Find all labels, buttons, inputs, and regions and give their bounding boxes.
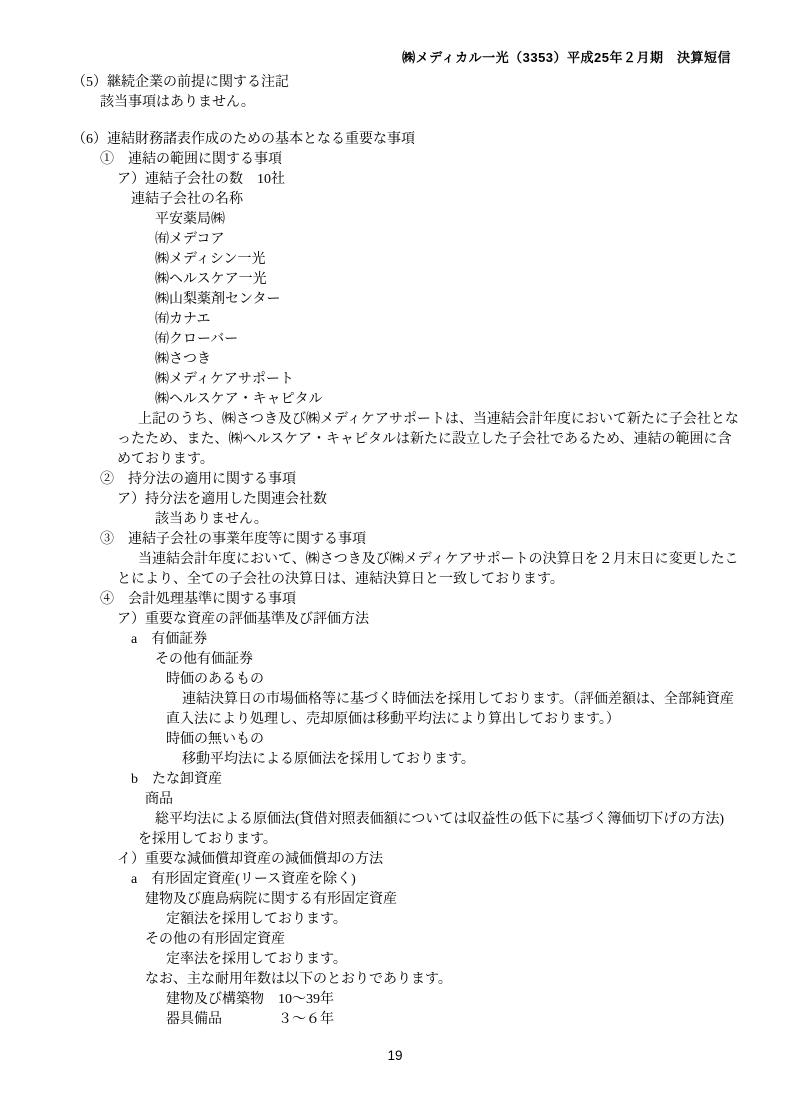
document-page: ㈱メディカル一光（3353）平成25年２月期 決算短信 （5）継続企業の前提に関… bbox=[0, 0, 790, 1118]
doc-line: めております。 bbox=[72, 450, 739, 470]
subsidiary-name: ㈱ヘルスケア一光 bbox=[72, 270, 739, 290]
doc-line: その他有価証券 bbox=[72, 650, 739, 670]
doc-line: 総平均法による原価法(貸借対照表価額については収益性の低下に基づく簿価切下げの方… bbox=[72, 810, 739, 830]
page-number: 19 bbox=[0, 1048, 790, 1063]
doc-line: なお、主な耐用年数は以下のとおりであります。 bbox=[72, 970, 739, 990]
doc-line: 該当事項はありません。 bbox=[72, 93, 739, 113]
subsidiary-name: ㈱メディシン一光 bbox=[72, 250, 739, 270]
doc-line: ア）重要な資産の評価基準及び評価方法 bbox=[72, 610, 739, 630]
subsidiary-name: ㈲カナエ bbox=[72, 310, 739, 330]
doc-line: 直入法により処理し、売却原価は移動平均法により算出しております。） bbox=[72, 710, 739, 730]
item-2-equity-method: ② 持分法の適用に関する事項 bbox=[72, 470, 739, 490]
doc-line: ア）持分法を適用した関連会社数 bbox=[72, 490, 739, 510]
doc-line: イ）重要な減価償却資産の減価償却の方法 bbox=[72, 850, 739, 870]
report-header: ㈱メディカル一光（3353）平成25年２月期 決算短信 bbox=[402, 47, 731, 66]
doc-line: ア）連結子会社の数 10社 bbox=[72, 170, 739, 190]
doc-line: 時価のあるもの bbox=[72, 670, 739, 690]
useful-life-buildings: 建物及び構築物 10～39年 bbox=[72, 990, 739, 1010]
doc-line: を採用しております。 bbox=[72, 830, 739, 850]
section-heading-important-matters: （6）連結財務諸表作成のための基本となる重要な事項 bbox=[72, 130, 739, 150]
doc-line: 建物及び鹿島病院に関する有形固定資産 bbox=[72, 890, 739, 910]
section-heading-going-concern: （5）継続企業の前提に関する注記 bbox=[72, 73, 739, 93]
doc-line: その他の有形固定資産 bbox=[72, 930, 739, 950]
subsidiary-name: ㈲クローバー bbox=[72, 330, 739, 350]
subsidiary-name: ㈱ヘルスケア・キャピタル bbox=[72, 390, 739, 410]
doc-line: 商品 bbox=[72, 790, 739, 810]
item-1-scope-of-consolidation: ① 連結の範囲に関する事項 bbox=[72, 150, 739, 170]
doc-line: 該当ありません。 bbox=[72, 510, 739, 530]
subsidiary-name: ㈱山梨薬剤センター bbox=[72, 290, 739, 310]
doc-line: 定率法を採用しております。 bbox=[72, 950, 739, 970]
doc-line: 当連結会計年度において、㈱さつき及び㈱メディケアサポートの決算日を２月末日に変更… bbox=[72, 550, 739, 570]
doc-line: とにより、全ての子会社の決算日は、連結決算日と一致しております。 bbox=[72, 570, 739, 590]
useful-life-equipment: 器具備品 ３～６年 bbox=[72, 1010, 739, 1030]
subsidiary-name: ㈱メディケアサポート bbox=[72, 370, 739, 390]
doc-line: 連結子会社の名称 bbox=[72, 190, 739, 210]
doc-line: 時価の無いもの bbox=[72, 730, 739, 750]
doc-line: b たな卸資産 bbox=[72, 770, 739, 790]
subsidiary-name: ㈱さつき bbox=[72, 350, 739, 370]
doc-line: a 有形固定資産(リース資産を除く) bbox=[72, 870, 739, 890]
doc-line: 定額法を採用しております。 bbox=[72, 910, 739, 930]
subsidiary-name: 平安薬局㈱ bbox=[72, 210, 739, 230]
item-4-accounting-standards: ④ 会計処理基準に関する事項 bbox=[72, 590, 739, 610]
item-3-fiscal-year: ③ 連結子会社の事業年度等に関する事項 bbox=[72, 530, 739, 550]
doc-line: 連結決算日の市場価格等に基づく時価法を採用しております。（評価差額は、全部純資産 bbox=[72, 690, 739, 710]
doc-line: 移動平均法による原価法を採用しております。 bbox=[72, 750, 739, 770]
doc-line: a 有価証券 bbox=[72, 630, 739, 650]
subsidiary-name: ㈲メデコア bbox=[72, 230, 739, 250]
doc-line: 上記のうち、㈱さつき及び㈱メディケアサポートは、当連結会計年度において新たに子会… bbox=[72, 410, 739, 430]
document-body: （5）継続企業の前提に関する注記 該当事項はありません。 （6）連結財務諸表作成… bbox=[72, 73, 739, 1030]
doc-line: ったため、また、㈱ヘルスケア・キャピタルは新たに設立した子会社であるため、連結の… bbox=[72, 430, 739, 450]
